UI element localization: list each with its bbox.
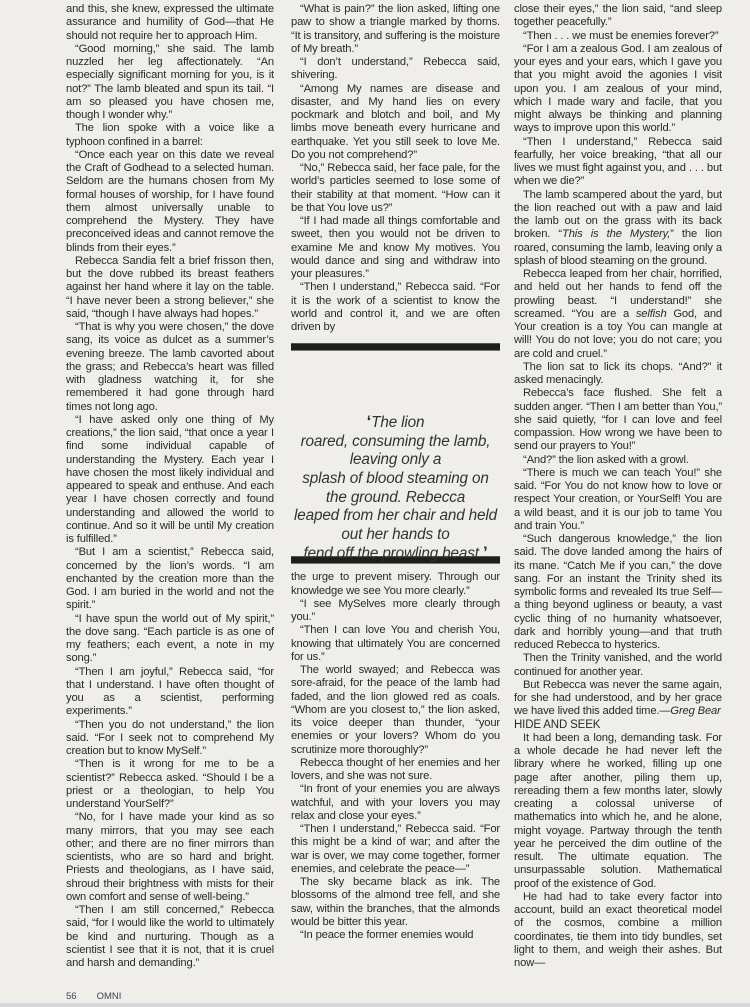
paragraph: But Rebecca was never the same again, fo…: [514, 679, 722, 719]
paragraph: “Once each year on this date we reveal t…: [66, 149, 274, 255]
paragraph: “That is why you were chosen,” the dove …: [66, 321, 274, 414]
paragraph: “I have asked only one thing of My creat…: [66, 414, 274, 547]
page-number: 56: [66, 991, 77, 1002]
paragraph: “Then I understand,” Rebecca said fearfu…: [514, 136, 722, 189]
paragraph: “In front of your enemies you are always…: [291, 783, 500, 823]
pull-quote-line: splash of blood steaming on: [302, 470, 488, 487]
pull-quote-line: fend off the prowling beast.: [303, 545, 482, 562]
paragraph: “No, for I have made your kind as so man…: [66, 811, 274, 904]
paragraph: “I see MySelves more clearly through you…: [291, 598, 500, 625]
column-2: “What is pain?” the lion asked, lifting …: [291, 3, 500, 942]
page-bottom-edge: [0, 1003, 750, 1007]
paragraph: “There is much we can teach You!” she sa…: [514, 467, 722, 533]
close-quote-mark-icon: ’: [483, 543, 488, 562]
paragraph: Rebecca’s face flushed. She felt a sudde…: [514, 387, 722, 453]
paragraph: “Then you do not understand,” the lion s…: [66, 719, 274, 759]
paragraph: “Then . . . we must be enemies forever?”: [514, 30, 722, 43]
paragraph: Rebecca leaped from her chair, horrified…: [514, 268, 722, 361]
pull-quote-line: roared, consuming the lamb,: [301, 433, 491, 450]
paragraph: The lion sat to lick its chops. “And?” i…: [514, 361, 722, 388]
paragraph: “But I am a scientist,” Rebecca said, co…: [66, 546, 274, 612]
paragraph: “No,” Rebecca said, her face pale, for t…: [291, 162, 500, 215]
paragraph: “Then I understand,” Rebecca said. “For …: [291, 823, 500, 876]
pull-quote: ‘The lion roared, consuming the lamb, le…: [291, 351, 500, 556]
publication-name: OMNI: [97, 991, 122, 1002]
paragraph: and this, she knew, expressed the ultima…: [66, 3, 274, 43]
paragraph: The lamb scampered about the yard, but t…: [514, 189, 722, 269]
pull-quote-line: the ground. Rebecca: [326, 489, 465, 506]
pull-quote-top-rule: [291, 343, 500, 351]
pull-quote-line: leaped from her chair and held: [294, 507, 497, 524]
column-3: close their eyes,” the lion said, “and s…: [514, 3, 722, 970]
paragraph: Rebecca thought of her enemies and her l…: [291, 757, 500, 784]
paragraph: Rebecca Sandia felt a brief frisson then…: [66, 255, 274, 321]
paragraph: He had had to take every factor into acc…: [514, 891, 722, 971]
emphasis: This is the Mystery,: [562, 228, 670, 240]
pull-quote-line: leaving only a: [350, 451, 441, 468]
pull-quote-line: out her hands to: [341, 526, 449, 543]
paragraph: “I have spun the world out of My spirit,…: [66, 613, 274, 666]
paragraph: The lion spoke with a voice like a typho…: [66, 122, 274, 149]
column-1: and this, she knew, expressed the ultima…: [66, 3, 274, 970]
paragraph: close their eyes,” the lion said, “and s…: [514, 3, 722, 30]
author-byline: Greg Bear: [670, 705, 720, 717]
paragraph: “Then I am joyful,” Rebecca said, “for t…: [66, 666, 274, 719]
paragraph: “Such dangerous knowledge,” the lion sai…: [514, 533, 722, 652]
section-heading: HIDE AND SEEK: [514, 719, 722, 732]
paragraph: “I don’t understand,” Rebecca said, shiv…: [291, 56, 500, 83]
paragraph: “Then is it wrong for me to be a scienti…: [66, 758, 274, 811]
emphasis: selfish: [636, 308, 667, 320]
paragraph: “Then I can love You and cherish You, kn…: [291, 624, 500, 664]
paragraph: It had been a long, demanding task. For …: [514, 732, 722, 891]
page-folio: 56OMNI: [66, 991, 141, 1002]
paragraph: “What is pain?” the lion asked, lifting …: [291, 3, 500, 56]
paragraph: “If I had made all things comfortable an…: [291, 215, 500, 281]
paragraph: “Then I am still concerned,” Rebecca sai…: [66, 904, 274, 970]
paragraph: “For I am a zealous God. I am zealous of…: [514, 43, 722, 136]
paragraph: Then the Trinity vanished, and the world…: [514, 652, 722, 679]
paragraph: The sky became black as ink. The blossom…: [291, 876, 500, 929]
paragraph: “Then I understand,” Rebecca said. “For …: [291, 281, 500, 334]
paragraph: The world swayed; and Rebecca was sore-a…: [291, 664, 500, 757]
paragraph: the urge to prevent misery. Through our …: [291, 571, 500, 598]
paragraph: “And?” the lion asked with a growl.: [514, 454, 722, 467]
paragraph: “Good morning,” she said. The lamb nuzzl…: [66, 43, 274, 123]
pull-quote-line: The lion: [371, 414, 424, 431]
paragraph: “In peace the former enemies would: [291, 929, 500, 942]
paragraph: “Among My names are disease and disaster…: [291, 83, 500, 163]
